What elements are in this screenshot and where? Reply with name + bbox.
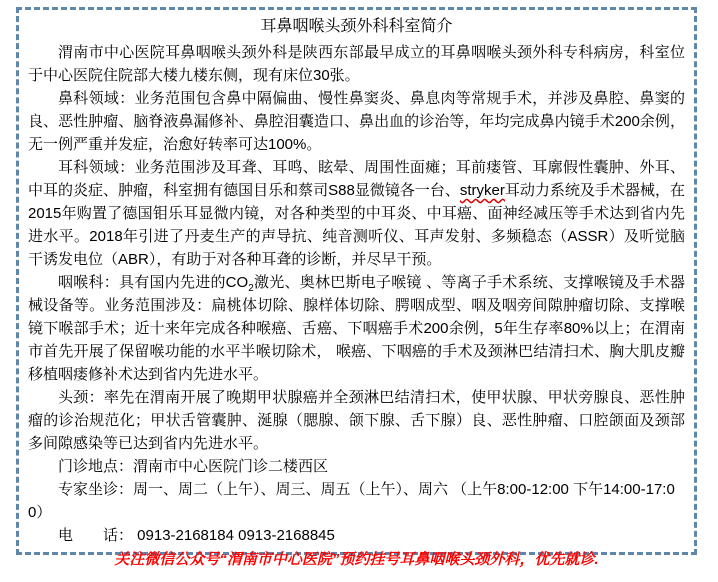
line-clinic-location: 门诊地点：渭南市中心医院门诊二楼西区 <box>28 455 685 478</box>
notice-wechat-appointment: 关注微信公众号“渭南市中心医院”预约挂号耳鼻咽喉头颈外科，优先就诊. <box>28 548 685 571</box>
document-title: 耳鼻咽喉头颈外科科室简介 <box>28 15 685 39</box>
paragraph-head-neck: 头颈：率先在渭南开展了晚期甲状腺癌并全颈淋巴结清扫术，使甲状腺、甲状旁腺良、恶性… <box>28 386 685 455</box>
line-expert-schedule: 专家坐诊：周一、周二（上午）、周三、周五（上午）、周六 （上午8:00-12:0… <box>28 478 685 524</box>
paragraph-otology: 耳科领域：业务范围涉及耳聋、耳鸣、眩晕、周围性面瘫；耳前瘘管、耳廓假性囊肿、外耳… <box>28 156 685 271</box>
paragraph-intro: 渭南市中心医院耳鼻咽喉头颈外科是陕西东部最早成立的耳鼻咽喉头颈外科专科病房，科室… <box>28 41 685 87</box>
line-phone: 电 话： 0913-2168184 0913-2168845 <box>28 524 685 547</box>
paragraph-rhinology: 鼻科领域：业务范围包含鼻中隔偏曲、慢性鼻窦炎、鼻息肉等常规手术，并涉及鼻腔、鼻窦… <box>28 87 685 156</box>
document-border-frame: 耳鼻咽喉头颈外科科室简介 渭南市中心医院耳鼻咽喉头颈外科是陕西东部最早成立的耳鼻… <box>16 7 697 555</box>
document-page: 耳鼻咽喉头颈外科科室简介 渭南市中心医院耳鼻咽喉头颈外科是陕西东部最早成立的耳鼻… <box>0 0 718 582</box>
paragraph-laryngology: 咽喉科：具有国内先进的CO2激光、奥林巴斯电子喉镜 、等离子手术系统、支撑喉镜及… <box>28 271 685 386</box>
